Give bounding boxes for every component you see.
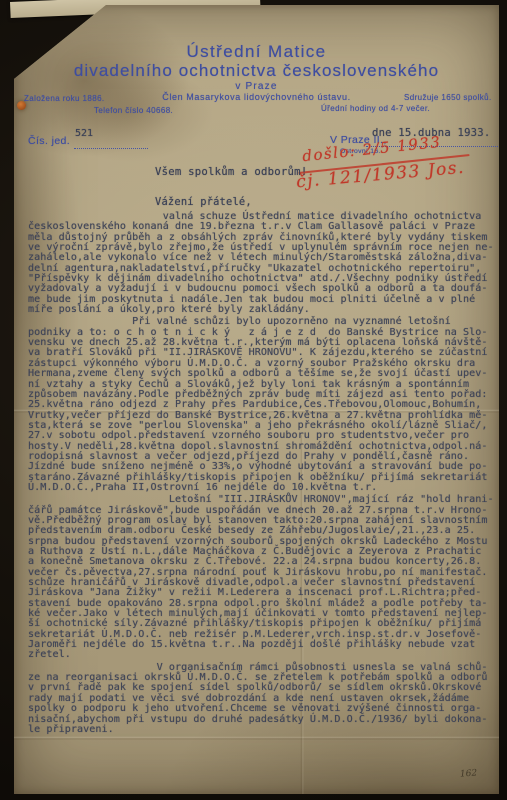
letterhead-associated-clubs: Sdružuje 1650 spolků. [404, 93, 492, 102]
letterhead-founded: Založena roku 1886. [24, 94, 105, 103]
letter-page: Ústřední Matice divadelního ochotnictva … [14, 5, 499, 794]
letter-body: valná schuze Ústřední matice divadelního… [28, 212, 496, 737]
body-paragraph-4: V organisačním rámci působnosti usnesla … [28, 663, 496, 735]
reference-number-label: Čís. jed. [28, 135, 70, 147]
letterhead-city: v Praze [14, 81, 499, 92]
archive-page-number: 162 [460, 768, 478, 779]
salutation: Vážení přátelé, [155, 196, 252, 208]
body-paragraph-2: Při valné schůzi bylo upozorněno na vyzn… [28, 317, 496, 493]
address-line: Všem spolkům a odborům! [155, 166, 307, 178]
letterhead-title-line1: Ústřední Matice [14, 42, 499, 62]
letterhead-phone: Telefon číslo 40668. [94, 106, 173, 115]
letterhead-office-hours: Úřední hodiny od 4-7 večer. [321, 104, 430, 113]
letterhead-title-line2: divadelního ochotnictva československého [14, 61, 499, 81]
photo-background: Ústřední Matice divadelního ochotnictva … [0, 0, 507, 800]
reference-number-value: 521 [75, 128, 93, 139]
body-paragraph-1: valná schuze Ústřední matice divadelního… [28, 212, 496, 315]
body-paragraph-3: Letošní "III.JIRÁSKŮV HRONOV",mající ráz… [28, 495, 496, 661]
